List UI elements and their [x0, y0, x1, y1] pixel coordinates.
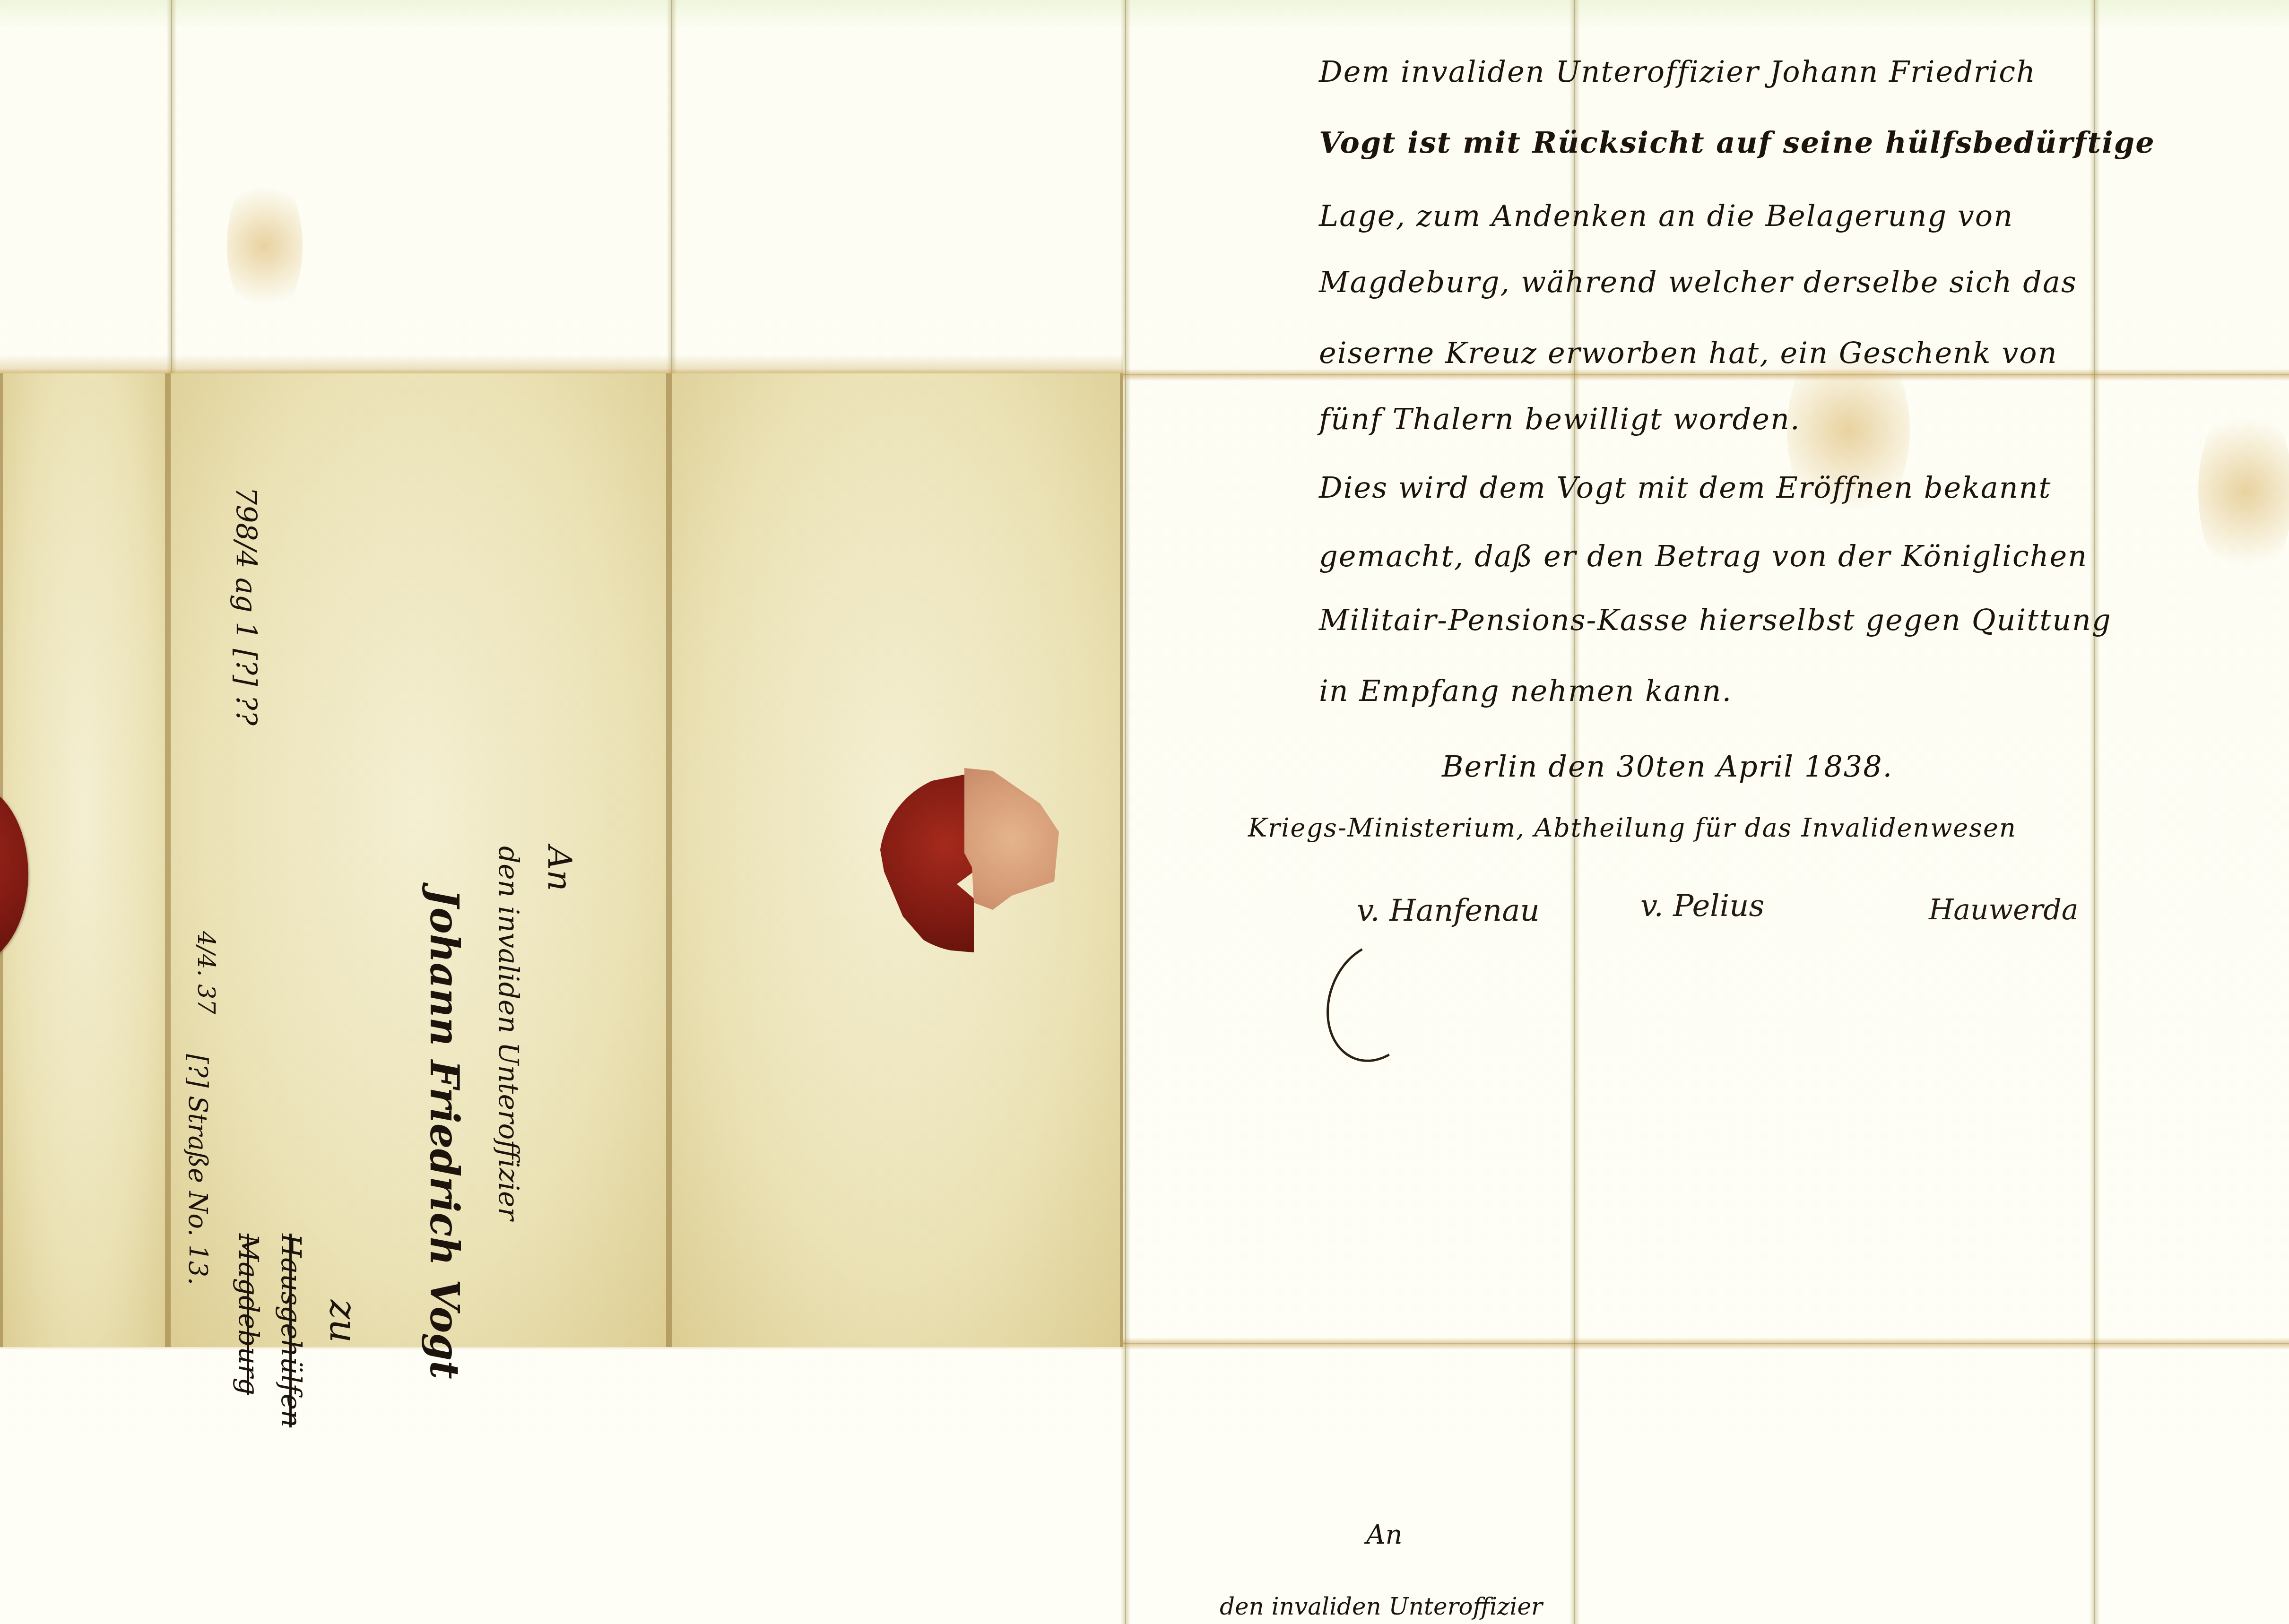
bottom-address-salutation: An — [1366, 1520, 1403, 1550]
envelope-annotation-date: 4/4. 37 — [192, 931, 220, 1014]
letter-place-date: Berlin den 30ten April 1838. — [1442, 749, 1893, 784]
envelope-salutation: An — [540, 846, 579, 891]
signature-3: Hauwerda — [1929, 893, 2078, 926]
document-sheet: An den invaliden Unteroffizier Johann Fr… — [0, 0, 2289, 1624]
envelope-annotation-street: [?] Straße No. 13. — [183, 1054, 213, 1285]
envelope-city: Magdeburg — [233, 1234, 265, 1395]
wax-seal-fragment — [879, 773, 974, 952]
fold-line — [667, 0, 677, 378]
envelope-rank: den invaliden Unteroffizier — [493, 846, 525, 1220]
envelope-zu: zu — [321, 1300, 364, 1343]
water-stain — [227, 170, 303, 321]
letter-sender: Kriegs-Ministerium, Abtheilung für das I… — [1248, 813, 2017, 843]
envelope-file-number: 798/4 ag 1 [?] ?? — [229, 487, 262, 726]
signature-1: v. Hanfenau — [1357, 893, 1540, 928]
wax-seal-broken — [879, 763, 1068, 962]
letter-line: gemacht, daß er den Betrag von der König… — [1319, 539, 2088, 573]
letter-line: fünf Thalern bewilligt worden. — [1319, 402, 1801, 436]
letter-line: eiserne Kreuz erworben hat, ein Geschenk… — [1319, 336, 2058, 370]
fold-line — [2090, 0, 2100, 1624]
letter-line: Dem invaliden Unteroffizier Johann Fried… — [1319, 54, 2036, 89]
wax-seal-residue — [964, 768, 1059, 910]
letter-line: Dies wird dem Vogt mit dem Eröffnen beka… — [1319, 470, 2051, 505]
letter-line: Magdeburg, während welcher derselbe sich… — [1319, 265, 2077, 299]
fold-line — [1569, 0, 1580, 1624]
envelope-line-crossed: Hausgehülfen — [275, 1234, 307, 1427]
water-stain — [2198, 397, 2289, 586]
letter-line: Lage, zum Andenken an die Belagerung von — [1319, 199, 2013, 233]
letter-line: Vogt ist mit Rücksicht auf seine hülfsbe… — [1319, 125, 2155, 160]
letter-line: in Empfang nehmen kann. — [1319, 674, 1732, 708]
letter-line: Militair-Pensions-Kasse hierselbst gegen… — [1319, 603, 2112, 637]
signature-2: v. Pelius — [1640, 889, 1764, 924]
bottom-address-line: den invaliden Unteroffizier — [1220, 1593, 1543, 1620]
fold-line — [166, 0, 177, 378]
signature-flourish — [1310, 928, 1441, 1076]
envelope-recipient-name: Johann Friedrich Vogt — [421, 889, 468, 1379]
